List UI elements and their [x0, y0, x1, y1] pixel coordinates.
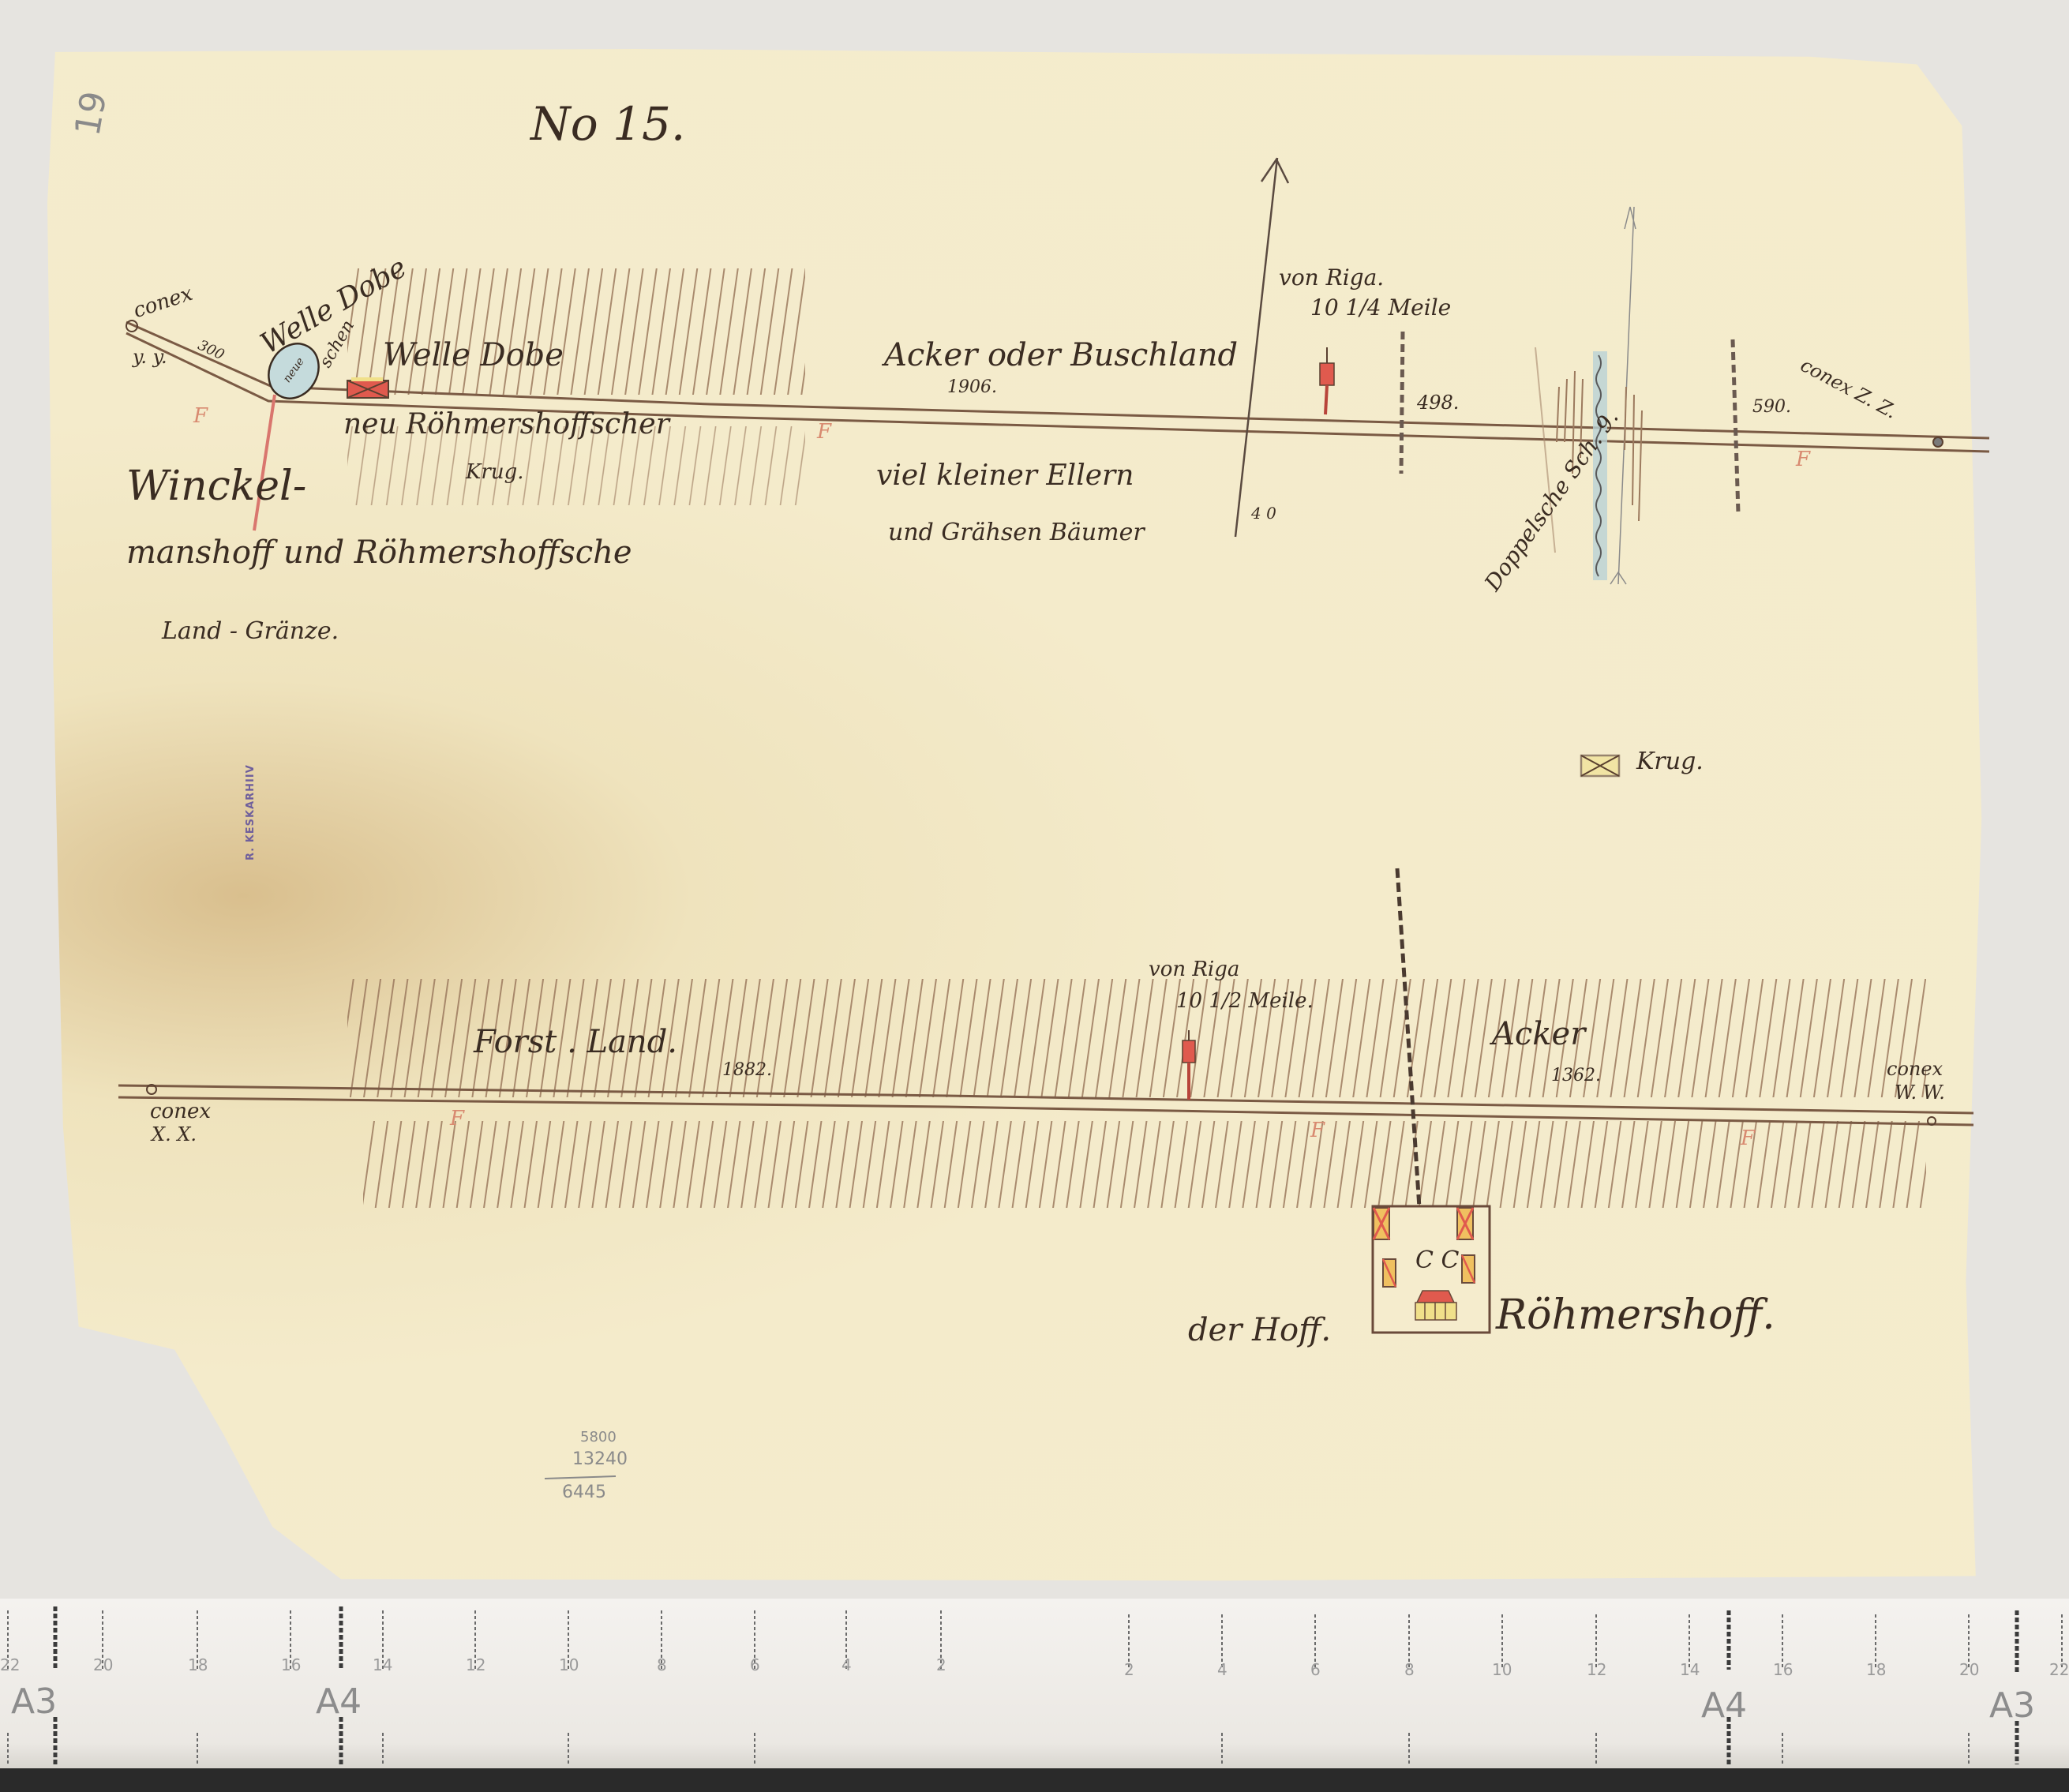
legend-label: Krug.: [1636, 750, 1704, 774]
svg-text:F: F: [816, 420, 832, 444]
ruler-left-label-18: 18: [188, 1655, 208, 1674]
ruler-right-label-12: 12: [1587, 1660, 1606, 1679]
manor-name: Röhmershoff.: [1496, 1295, 1775, 1336]
ruler-paper-size-a3-right: A3: [1989, 1685, 2035, 1726]
milestone-upper: [1320, 347, 1334, 414]
svg-text:F: F: [1740, 1127, 1756, 1150]
lower-field-hatching: [347, 979, 1926, 1208]
lower-field-text-2: Acker: [1492, 1018, 1585, 1050]
pencil-calc-line1: 5800: [580, 1430, 617, 1445]
ruler-right-label-18: 18: [1866, 1660, 1886, 1679]
map-drawing: FFF FFF: [0, 0, 2069, 1792]
pencil-calc-line2: 13240: [572, 1451, 628, 1468]
upper-milestone-label-1: von Riga.: [1279, 267, 1384, 289]
ruler-right-label-8: 8: [1404, 1660, 1415, 1679]
upper-field-hatching: [347, 268, 805, 505]
boundary-label-line3: Land - Gränze.: [162, 620, 339, 643]
upper-field-text: Acker oder Buschland: [884, 339, 1238, 371]
ruler-right-label-14: 14: [1680, 1660, 1700, 1679]
inn-symbol: [347, 377, 388, 398]
lower-conex-code: X. X.: [152, 1125, 197, 1144]
ruler-right-label-20: 20: [1959, 1660, 1979, 1679]
lower-field-distance-2: 1362.: [1551, 1067, 1601, 1085]
ruler-right-label-6: 6: [1310, 1660, 1321, 1679]
boundary-label-line1: Winckel-: [126, 466, 306, 507]
upper-milestone-label-2: 10 1/4 Meile: [1310, 297, 1451, 319]
ruler-left-label-6: 6: [750, 1655, 760, 1674]
ruler-right-label-22: 22: [2049, 1660, 2069, 1679]
ruler-right-label-4: 4: [1217, 1660, 1228, 1679]
lower-right-conex-label: conex: [1887, 1059, 1943, 1078]
lower-field-distance: 1882.: [722, 1062, 772, 1079]
forest-text-line1: viel kleiner Ellern: [876, 462, 1134, 490]
ruler-left-label-16: 16: [281, 1655, 301, 1674]
lower-milestone-label-1: von Riga: [1149, 959, 1239, 980]
lower-field-text: Forst . Land.: [474, 1026, 677, 1058]
krug-label-line1: neu Röhmershoffscher: [343, 411, 669, 439]
upper-field-distance: 1906.: [947, 379, 997, 396]
ruler-left-label-20: 20: [93, 1655, 113, 1674]
stream-crossing: [1535, 207, 1636, 584]
ruler-left-label-8: 8: [657, 1655, 667, 1674]
ruler-paper-size-a4-right: A4: [1701, 1685, 1747, 1726]
ruler-right-label-10: 10: [1492, 1660, 1512, 1679]
estate-label: Welle Dobe: [383, 339, 564, 371]
forest-text-line2: und Grähsen Bäumer: [888, 521, 1145, 545]
svg-text:F: F: [449, 1107, 465, 1130]
ruler-ticks: [0, 1599, 2069, 1768]
upper-road-end-marker: [1933, 437, 1943, 447]
dashed-boundary-2: [1733, 339, 1738, 513]
dashed-boundary-1: [1401, 332, 1403, 474]
compass-mark: 4 0: [1251, 505, 1276, 521]
legend-krug-symbol: [1581, 755, 1619, 776]
ruler-left-label-22: 22: [0, 1655, 20, 1674]
lower-conex-label: conex: [150, 1101, 211, 1122]
ruler-right-label-16: 16: [1773, 1660, 1793, 1679]
map-title: No 15.: [530, 101, 685, 147]
manor-monogram: C C: [1415, 1249, 1459, 1273]
ruler-left-label-14: 14: [373, 1655, 392, 1674]
svg-text:F: F: [1310, 1119, 1325, 1142]
svg-text:F: F: [1795, 448, 1811, 471]
sheet-number: 19: [70, 89, 112, 139]
pencil-calc-total: 6445: [562, 1484, 606, 1501]
ruler-paper-size-a4-left: A4: [316, 1681, 362, 1722]
upper-conex-code: y. y.: [133, 347, 167, 366]
boundary-label-line2: manshoff und Röhmershoffsche: [126, 537, 632, 568]
scanner-edge: [0, 1768, 2069, 1792]
lower-milestone-label-2: 10 1/2 Meile.: [1176, 991, 1314, 1011]
measurement-ruler: 22 20 18 16 14 12 10 8 6 4 2 2 4 6 8 10 …: [0, 1599, 2069, 1768]
lower-right-conex-code: W. W.: [1895, 1083, 1945, 1102]
ruler-left-label-4: 4: [841, 1655, 852, 1674]
distance-498: 498.: [1417, 393, 1459, 412]
krug-label-line2: Krug.: [466, 462, 524, 482]
ruler-paper-size-a3-left: A3: [11, 1681, 57, 1722]
ruler-right-label-2: 2: [1124, 1660, 1134, 1679]
ruler-left-label-12: 12: [466, 1655, 485, 1674]
svg-text:F: F: [193, 404, 208, 428]
manor-prefix: der Hoff.: [1188, 1314, 1331, 1346]
distance-590: 590.: [1752, 399, 1791, 416]
ruler-left-label-10: 10: [559, 1655, 579, 1674]
archive-stamp: R. KESKARHIIV: [245, 764, 257, 860]
north-arrow: [1235, 158, 1288, 537]
ruler-left-label-2: 2: [936, 1655, 946, 1674]
